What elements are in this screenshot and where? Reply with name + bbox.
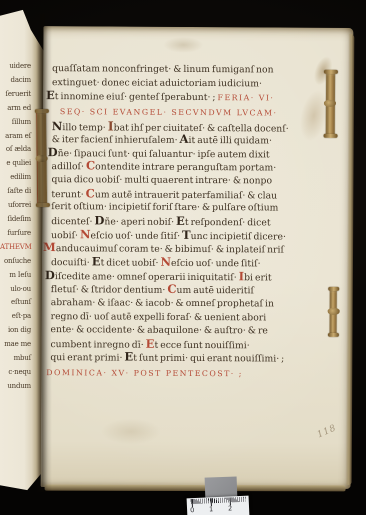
manuscript-text-segment: unc incipietiſ dicere· bbox=[191, 231, 286, 243]
manuscript-text-segment: docuiſti· bbox=[51, 257, 92, 268]
manuscript-text-segment: eſcio uoſ· unde ſitiſ· bbox=[91, 230, 183, 242]
manuscript-text-segment: A bbox=[180, 132, 189, 146]
facing-page-fragment: ſideſim bbox=[0, 213, 31, 227]
facing-page-fragment: eſt·pa bbox=[0, 310, 31, 324]
facing-page-fragment: m Ieſu bbox=[0, 269, 31, 283]
manuscript-text-segment: illo temp· bbox=[62, 122, 107, 133]
facing-page-fragment: dacim bbox=[0, 74, 31, 88]
manuscript-text-segment: ſerit oſtium· incipietiſ foriſ ſtare· & … bbox=[51, 202, 278, 214]
ruler-ticks bbox=[191, 497, 246, 504]
manuscript-text-segment: E bbox=[124, 350, 133, 364]
manuscript-text-segment: t reſpondenſ· dicet bbox=[185, 217, 271, 229]
manuscript-text-segment: t innomine eiuſ· genteſ ſperabunt· ; bbox=[55, 91, 218, 103]
manuscript-text-segment: E bbox=[46, 88, 55, 102]
facing-page-fragment: ulo·ou bbox=[0, 283, 31, 297]
manuscript-text-segment: N bbox=[80, 227, 91, 241]
folio-number: 118 bbox=[316, 423, 339, 440]
parchment-stain bbox=[101, 418, 161, 444]
facing-page-fragment: mbuſ bbox=[0, 352, 31, 366]
facing-page-fragment: ſillum bbox=[0, 116, 31, 130]
facing-page-fragment: e quliei bbox=[0, 157, 31, 171]
facing-page-fragment: arm ed bbox=[0, 102, 31, 116]
facing-page-fragment: aram eſ bbox=[0, 130, 31, 144]
manuscript-text-segment: cumbent inregno dī· bbox=[50, 339, 145, 351]
facing-page-fragment: undum bbox=[0, 380, 31, 394]
manuscript-text-segment: bi erit bbox=[244, 272, 272, 283]
manuscript-line: Et innomine eiuſ· genteſ ſperabunt· ; FE… bbox=[46, 89, 344, 104]
manuscript-text-segment: ontendite intrare peranguſtam portam· bbox=[95, 162, 276, 174]
ruler-number: 1 bbox=[209, 505, 213, 513]
manuscript-text-segment: t ſunt primi· qui erant nouiſſimi· ; bbox=[133, 353, 284, 365]
manuscript-text-segment: um autē intrauerit paterfamiliaſ· & clau bbox=[95, 189, 277, 201]
manuscript-line: abraham· & iſaac· & iacob· & omneſ proph… bbox=[51, 296, 343, 311]
facing-page-fragment: ſeruerit bbox=[0, 88, 31, 102]
manuscript-line: qui erant primi· Et ſunt primi· qui eran… bbox=[50, 351, 342, 366]
manuscript-text-segment: & iter facienſ inhieruſalem· bbox=[52, 134, 180, 146]
manuscript-text-segment: it autē illi quidam· bbox=[189, 135, 272, 147]
manuscript-text-segment: C bbox=[86, 186, 95, 200]
facing-page-fragment: uforrei bbox=[0, 199, 31, 213]
manuscript-text-segment: qui erant primi· bbox=[50, 353, 124, 364]
manuscript-text-segment: adilloſ· bbox=[52, 162, 86, 173]
illuminated-initial-I-left-margin bbox=[36, 111, 47, 205]
facing-page-fragment: c·nequ bbox=[0, 366, 31, 380]
manuscript-text-segment: abraham· & iſaac· & iacob· & omneſ proph… bbox=[51, 297, 274, 309]
facing-page-edge: uideredacimſerueritarm edſillumaram eſoſ… bbox=[0, 8, 44, 492]
manuscript-text-segment: fletuſ· & ſtridor dentium· bbox=[51, 284, 168, 296]
manuscript-text-segment: t ecce ſunt nouiſſimi· bbox=[154, 340, 249, 352]
manuscript-text-segment: D bbox=[48, 145, 58, 159]
manuscript-text-segment: ñe· aperi nobiſ· bbox=[104, 216, 176, 227]
manuscript-text-segment: D bbox=[94, 213, 104, 227]
manuscript-text-segment: um autē uideritiſ bbox=[177, 285, 254, 296]
ruler-number: 0 bbox=[190, 506, 194, 514]
facing-page-fragment: uidere bbox=[0, 60, 31, 74]
manuscript-text-segment: N bbox=[160, 255, 171, 269]
manuscript-text-segment: C bbox=[86, 159, 95, 173]
facing-page-fragment: edilim bbox=[0, 171, 31, 185]
manuscript-line: DOMINICA· XV· POST PENTECOST· ; bbox=[46, 364, 342, 381]
manuscript-text-segment: FERIA· VI· bbox=[218, 93, 275, 102]
manuscript-line: docuiſti· Et dicet uobiſ· Neſcio uoſ· un… bbox=[51, 255, 343, 270]
manuscript-text-block: quaſſatam nonconfringet· & linum fumigan… bbox=[50, 62, 344, 382]
manuscript-text-segment: SEQ· SCI EVANGEL· SECVNDVM LVCAM· bbox=[60, 107, 278, 117]
manuscript-text-segment: E bbox=[146, 337, 155, 351]
facing-page-fragment: onſuche bbox=[0, 255, 31, 269]
photographic-scale-ruler: 012 bbox=[187, 496, 250, 515]
manuscript-text-segment: E bbox=[176, 214, 185, 228]
manuscript-text-segment: t dicet uobiſ· bbox=[101, 257, 161, 268]
manuscript-text-segment: regno dī· uoſ autē expelli foraſ· & ueni… bbox=[51, 311, 267, 323]
manuscript-text-segment: dicenteſ· bbox=[51, 216, 94, 227]
manuscript-line: dicenteſ· Dñe· aperi nobiſ· Et reſponden… bbox=[51, 214, 343, 229]
initial-ornament-knot bbox=[36, 155, 48, 162]
facing-page-text-fragments: uideredacimſerueritarm edſillumaram eſoſ… bbox=[0, 60, 31, 394]
manuscript-text-segment: eſcio uoſ· unde ſitiſ· bbox=[171, 258, 261, 270]
manuscript-line: quaſſatam nonconfringet· & linum fumigan… bbox=[52, 62, 344, 77]
facing-page-fragment: ſaſte di bbox=[0, 185, 31, 199]
facing-page-fragment: eſtunſ bbox=[0, 296, 31, 310]
facing-page-fragment: oſ ælda bbox=[0, 143, 31, 157]
ruler-number: 2 bbox=[228, 504, 232, 512]
manuscript-text-segment: quaſſatam nonconfringet· & linum fumigan… bbox=[52, 63, 274, 75]
manuscript-text-segment: uobiſ· bbox=[51, 230, 80, 241]
parchment-stain bbox=[163, 37, 203, 53]
manuscript-text-segment: M bbox=[43, 240, 56, 254]
facing-page-fragment: mae me bbox=[0, 338, 31, 352]
manuscript-text-segment: D bbox=[45, 268, 55, 282]
facing-page-fragment: ATHEVM bbox=[0, 241, 31, 255]
manuscript-line: SEQ· SCI EVANGEL· SECVNDVM LVCAM· bbox=[60, 103, 344, 120]
manuscript-text-segment: C bbox=[167, 282, 176, 296]
manuscript-text-segment: iſcedite ame· omneſ operarii iniquitatiſ… bbox=[55, 271, 239, 283]
facing-page-fragment: furſure bbox=[0, 227, 31, 241]
manuscript-text-segment: terunt· bbox=[51, 189, 85, 200]
manuscript-photo-stage: uideredacimſerueritarm edſillumaram eſoſ… bbox=[0, 0, 366, 515]
manuscript-text-segment: extinguet· donec eiciat aduictoriam iudi… bbox=[52, 77, 262, 89]
manuscript-text-segment: E bbox=[92, 254, 101, 268]
manuscript-text-segment: DOMINICA· XV· POST PENTECOST· ; bbox=[46, 368, 243, 378]
manuscript-page: quaſſatam nonconfringet· & linum fumigan… bbox=[41, 26, 354, 489]
manuscript-text-segment: quia dico uobiſ· multi quaerent intrare·… bbox=[51, 174, 272, 186]
facing-page-fragment: ion dig bbox=[0, 324, 31, 338]
manuscript-text-segment: N bbox=[52, 119, 63, 133]
manuscript-text-segment: T bbox=[182, 228, 191, 242]
manuscript-text-segment: ente· & occidente· & abaquilone· & auſtr… bbox=[51, 324, 268, 336]
